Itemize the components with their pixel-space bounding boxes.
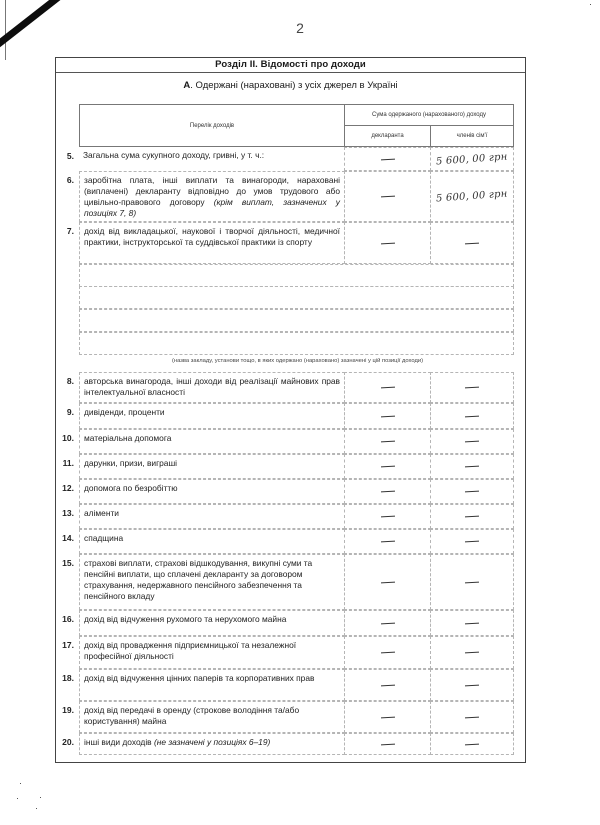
family-income-value <box>430 733 514 755</box>
income-description: дохід від відчуження цінних паперів та к… <box>79 669 345 701</box>
income-description: Загальна сума сукупного доходу, гривні, … <box>79 147 345 171</box>
dash-mark <box>380 387 394 389</box>
income-text: дохід від провадження підприємницької та… <box>84 640 296 661</box>
dash-mark <box>465 466 479 468</box>
dash-mark <box>465 415 479 417</box>
dash-mark <box>380 541 394 543</box>
dash-mark <box>380 415 394 417</box>
row-number: 5. <box>56 151 74 161</box>
scan-speck <box>17 798 18 799</box>
income-text: дарунки, призи, виграші <box>84 458 177 468</box>
income-text: аліменти <box>84 508 119 518</box>
family-income-value <box>430 554 514 610</box>
income-description: дохід від викладацької, наукової і творч… <box>79 222 345 264</box>
declarant-income-value <box>344 429 431 454</box>
income-description: авторська винагорода, інші доходи від ре… <box>79 372 345 403</box>
income-text: дохід від відчуження цінних паперів та к… <box>84 673 314 683</box>
income-text: авторська винагорода, інші доходи від ре… <box>84 376 340 397</box>
declarant-income-value <box>344 222 431 264</box>
declarant-income-value <box>344 171 431 222</box>
declarant-income-value <box>344 479 431 504</box>
dash-mark <box>380 466 394 468</box>
dash-mark <box>380 441 394 443</box>
subsection-text: . Одержані (нараховані) з усіх джерел в … <box>190 80 397 91</box>
institution-line <box>79 264 514 287</box>
dash-mark <box>465 491 479 493</box>
income-text: допомога по безробіттю <box>84 483 177 493</box>
dash-mark <box>465 242 479 244</box>
declarant-income-value <box>344 669 431 701</box>
income-description: допомога по безробіттю <box>79 479 345 504</box>
income-description: дохід від відчуження рухомого та нерухом… <box>79 610 345 636</box>
income-description: дивіденди, проценти <box>79 403 345 429</box>
declarant-income-value <box>344 372 431 403</box>
subsection-title: А. Одержані (нараховані) з усіх джерел в… <box>56 80 525 92</box>
income-note: (не зазначені у позиціях 6–19) <box>154 737 270 747</box>
institution-line <box>79 286 514 309</box>
declarant-income-value <box>344 636 431 669</box>
dash-mark <box>465 516 479 518</box>
declarant-income-value <box>344 701 431 733</box>
family-income-value <box>430 636 514 669</box>
dash-mark <box>465 743 479 745</box>
income-description: дарунки, призи, виграші <box>79 454 345 479</box>
row-number: 6. <box>56 175 74 185</box>
header-income-sum: Сума одержаного (нарахованого) доходу <box>344 104 514 126</box>
row-number: 14. <box>56 533 74 543</box>
row-number: 11. <box>56 458 74 468</box>
dash-mark <box>465 581 479 583</box>
dash-mark <box>465 541 479 543</box>
declarant-income-value <box>344 610 431 636</box>
declarant-income-value <box>344 529 431 554</box>
dash-mark <box>380 158 394 160</box>
dash-mark <box>380 581 394 583</box>
dash-mark <box>380 652 394 654</box>
declarant-income-value <box>344 403 431 429</box>
scan-speck <box>40 797 41 798</box>
row-number: 17. <box>56 640 74 650</box>
family-income-value <box>430 454 514 479</box>
family-income-value <box>430 429 514 454</box>
family-income-value <box>430 372 514 403</box>
row-number: 12. <box>56 483 74 493</box>
income-description: матеріальна допомога <box>79 429 345 454</box>
family-income-value: 5 600, 00 грн <box>430 171 514 222</box>
header-family: членів сім'ї <box>430 125 514 147</box>
institution-line <box>79 309 514 332</box>
scan-speck <box>36 808 37 809</box>
row-number: 13. <box>56 508 74 518</box>
row-number: 9. <box>56 407 74 417</box>
income-text: дохід від відчуження рухомого та нерухом… <box>84 614 286 624</box>
declarant-income-value <box>344 554 431 610</box>
income-text: дохід від передачі в оренду (строкове во… <box>84 705 299 726</box>
declarant-income-value <box>344 733 431 755</box>
handwritten-amount: 5 600, 00 грн <box>436 189 508 205</box>
family-income-value <box>430 403 514 429</box>
header-declarant: декларанта <box>344 125 431 147</box>
dash-mark <box>380 743 394 745</box>
row-number: 10. <box>56 433 74 443</box>
section-title: Розділ ІІ. Відомості про доходи <box>56 58 525 73</box>
dash-mark <box>380 491 394 493</box>
income-description: страхові виплати, страхові відшкодування… <box>79 554 345 610</box>
row-number: 16. <box>56 614 74 624</box>
handwritten-amount: 5 600, 00 грн <box>436 151 508 167</box>
institution-caption: (назва закладу, установи тощо, в яких од… <box>79 358 516 364</box>
income-description: аліменти <box>79 504 345 529</box>
page-number: 2 <box>0 20 600 36</box>
family-income-value: 5 600, 00 грн <box>430 147 514 171</box>
row-number: 19. <box>56 705 74 715</box>
dash-mark <box>465 716 479 718</box>
dash-mark <box>380 622 394 624</box>
dash-mark <box>380 516 394 518</box>
row-number: 7. <box>56 226 74 236</box>
header-income-list: Перелік доходів <box>79 104 345 147</box>
dash-mark <box>380 684 394 686</box>
dash-mark <box>380 196 394 198</box>
income-text: матеріальна допомога <box>84 433 171 443</box>
dash-mark <box>465 387 479 389</box>
income-text: інші види доходів <box>84 737 154 747</box>
income-section-frame: Розділ ІІ. Відомості про доходи А. Одерж… <box>55 57 526 763</box>
income-description: заробітна плата, інші виплати та винагор… <box>79 171 345 222</box>
scan-speck <box>20 783 21 784</box>
row-number: 20. <box>56 737 74 747</box>
income-text: дохід від викладацької, наукової і творч… <box>84 226 340 247</box>
dash-mark <box>465 684 479 686</box>
dash-mark <box>380 242 394 244</box>
income-text: дивіденди, проценти <box>84 407 165 417</box>
declarant-income-value <box>344 454 431 479</box>
declarant-income-value <box>344 147 431 171</box>
family-income-value <box>430 529 514 554</box>
dash-mark <box>465 622 479 624</box>
row-number: 15. <box>56 558 74 568</box>
institution-line <box>79 332 514 355</box>
scan-speck <box>590 4 591 5</box>
family-income-value <box>430 479 514 504</box>
declarant-income-value <box>344 504 431 529</box>
income-text: Загальна сума сукупного доходу, гривні, … <box>83 150 264 160</box>
family-income-value <box>430 504 514 529</box>
dash-mark <box>380 716 394 718</box>
income-text: спадщина <box>84 533 123 543</box>
income-description: дохід від передачі в оренду (строкове во… <box>79 701 345 733</box>
family-income-value <box>430 669 514 701</box>
row-number: 18. <box>56 673 74 683</box>
row-number: 8. <box>56 376 74 386</box>
income-description: дохід від провадження підприємницької та… <box>79 636 345 669</box>
income-text: страхові виплати, страхові відшкодування… <box>84 558 312 601</box>
income-description: інші види доходів (не зазначені у позиці… <box>79 733 345 755</box>
family-income-value <box>430 701 514 733</box>
family-income-value <box>430 222 514 264</box>
dash-mark <box>465 441 479 443</box>
dash-mark <box>465 652 479 654</box>
income-description: спадщина <box>79 529 345 554</box>
family-income-value <box>430 610 514 636</box>
